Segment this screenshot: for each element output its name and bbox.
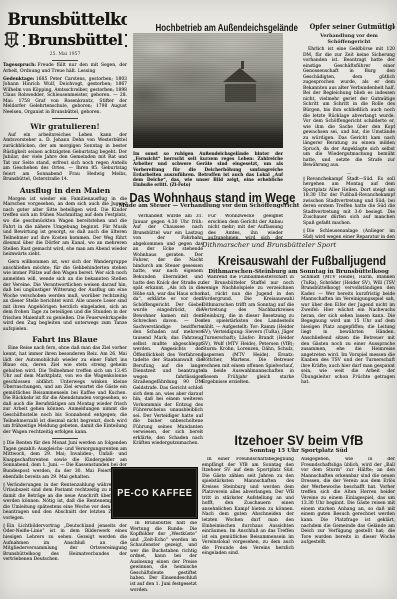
right-column: Opfer seiner Gutmütigkeit Verhandlung vo… (303, 14, 395, 240)
notice-item: ◊Ein Lichtbildervortrag „Deutschland jen… (3, 524, 127, 563)
opfer-subhead: Verhandlung vor dem Schöffengericht (303, 33, 395, 45)
notice-item: ◊Die Renten für den Monat Juni werden an… (3, 441, 127, 480)
notice-item: ◊Revanchekampf Stadt—Süd. Es soll hergeh… (303, 177, 395, 227)
news-photo (133, 33, 283, 148)
headline-kreisauswahl: Kreisauswahl der Fußballjugend (218, 253, 386, 268)
diamond-bullet-icon: ◊ (3, 483, 5, 488)
article-body: Ehrlich ist eine Geldbörse mit 120 DM, f… (303, 47, 395, 169)
notice-text: Revanchekampf Stadt—Süd. Es soll hergehe… (303, 177, 395, 226)
notice-item: ◊Veränderungen in der Rentenzahlung währ… (3, 483, 127, 522)
masthead-title-line2: Brunsbüttel (28, 32, 123, 49)
divider (52, 118, 78, 119)
tagesspruch-label: Tagesspruch: (3, 63, 36, 68)
left-column: Brunsbüttelkoog Brunsbüttel 25. Mai 1957… (3, 10, 127, 597)
masthead-date: 25. Mai 1957 (3, 52, 127, 57)
itzehoer-subhead: Sonntag 15 Uhr Sportplatz Süd (202, 448, 395, 454)
wohnhaus-subhead: Müde am Steuer — Verhandlung vor dem Sch… (118, 203, 300, 209)
kreisauswahl-column-b: Schmidt (MTV Heide), Harm, Blanken (TuRa… (301, 275, 395, 427)
headline-wir-gratulieren: Wir gratulieren! (3, 122, 127, 131)
masthead-ornament-icon (125, 34, 127, 47)
photo-caption: Im sonst so ruhigen Außendeichsgelände h… (133, 151, 283, 187)
article-body: Morgen ist wieder ein Familienausflug in… (3, 197, 127, 258)
notice-text: Die Renten für den Monat Juni werden an … (3, 441, 127, 479)
diamond-bullet-icon: ◊ (3, 441, 5, 446)
divider (52, 60, 78, 61)
city-crest-icon (3, 31, 20, 49)
article-body: In einer Freundschaftsbegegnung empfängt… (202, 457, 294, 557)
masthead-ornament-icon (23, 34, 25, 47)
newspaper-page: Brunsbüttelkoog Brunsbüttel 25. Mai 1957… (0, 0, 397, 599)
headline-ausflug: Ausflug in den Maien (3, 186, 127, 195)
article-body: Während die Fußballmeisterschaft in der … (202, 275, 294, 386)
article-body: Schmidt (MTV Heide), Harm, Blanken (TuRa… (301, 275, 395, 386)
photo-caption-block: Im sonst so ruhigen Außendeichsgelände h… (133, 151, 283, 187)
itzehoer-headline-block: Itzehoer SV beim VfB (202, 430, 395, 449)
coffee-ad: PE-CO KAFFEE (111, 467, 198, 519)
divider: — (303, 172, 395, 176)
divider (52, 438, 78, 439)
headline-fahrt-ins-blaue: Fahrt ins Blaue (3, 335, 127, 344)
notice-text: Ein Lichtbildervortrag „Deutschland jens… (3, 524, 127, 562)
sport-section: Dithmarscher und Brunsbütteler Sport Kre… (202, 239, 395, 599)
article-body: Eine Reise nach fern, ohne daß man das Z… (3, 346, 127, 435)
article-body: Verhandelt wurde am 31. Januar gegen 4.3… (133, 214, 203, 447)
gedenktage-label: Gedenktage: (3, 77, 34, 82)
coffee-ad-text: PE-CO KAFFEE (117, 488, 192, 499)
itzehoer-column-b: Ausgegeben, wie in der Freundschaftsliga… (301, 457, 395, 597)
kreisauswahl-column-a: Während die Fußballmeisterschaft in der … (202, 275, 294, 427)
article-body: Ausgegeben, wie in der Freundschaftsliga… (301, 457, 395, 546)
itzehoer-column-a: In einer Freundschaftsbegegnung empfängt… (202, 457, 294, 597)
article-body: Gern willkommen ist, wer sich der Wander… (3, 260, 127, 332)
gedenktage-text: 1685 Peter Carstens, gestorben; 1803 Joh… (3, 77, 127, 115)
article-body: Auf ein arbeitsreiches Leben kann der Am… (3, 133, 127, 183)
wohnhaus-column-b: Für Wohnzwecke geeignet erschien dem Ger… (208, 214, 283, 239)
diamond-bullet-icon: ◊ (303, 229, 305, 234)
notice-text: Veränderungen in der Rentenzahlung währe… (3, 483, 127, 521)
article-body: In Brunsbüttel hält die Wertung die Rund… (130, 521, 197, 593)
photo-grain (133, 33, 283, 148)
article-body: Für Wohnzwecke geeignet erschien dem Ger… (208, 214, 283, 239)
headline-itzehoer: Itzehoer SV beim VfB (234, 433, 363, 448)
wohnhaus-column-a: Verhandelt wurde am 31. Januar gegen 4.3… (133, 214, 203, 465)
tagesspruch-paragraph: Tagesspruch:Freude füllt nur den mit Seg… (3, 63, 127, 74)
wohnhaus-column-tail: In Brunsbüttel hält die Wertung die Rund… (130, 521, 197, 597)
masthead-title-line1: Brunsbüttelkoog (7, 10, 122, 30)
diamond-bullet-icon: ◊ (303, 177, 305, 182)
masthead: Brunsbüttelkoog Brunsbüttel 25. Mai 1957 (3, 10, 127, 61)
headline-opfer: Opfer seiner Gutmütigkeit (310, 22, 395, 31)
gedenktage-paragraph: Gedenktage:1685 Peter Carstens, gestorbe… (3, 77, 127, 116)
sport-section-label: Dithmarscher und Brunsbütteler Sport (202, 239, 395, 249)
